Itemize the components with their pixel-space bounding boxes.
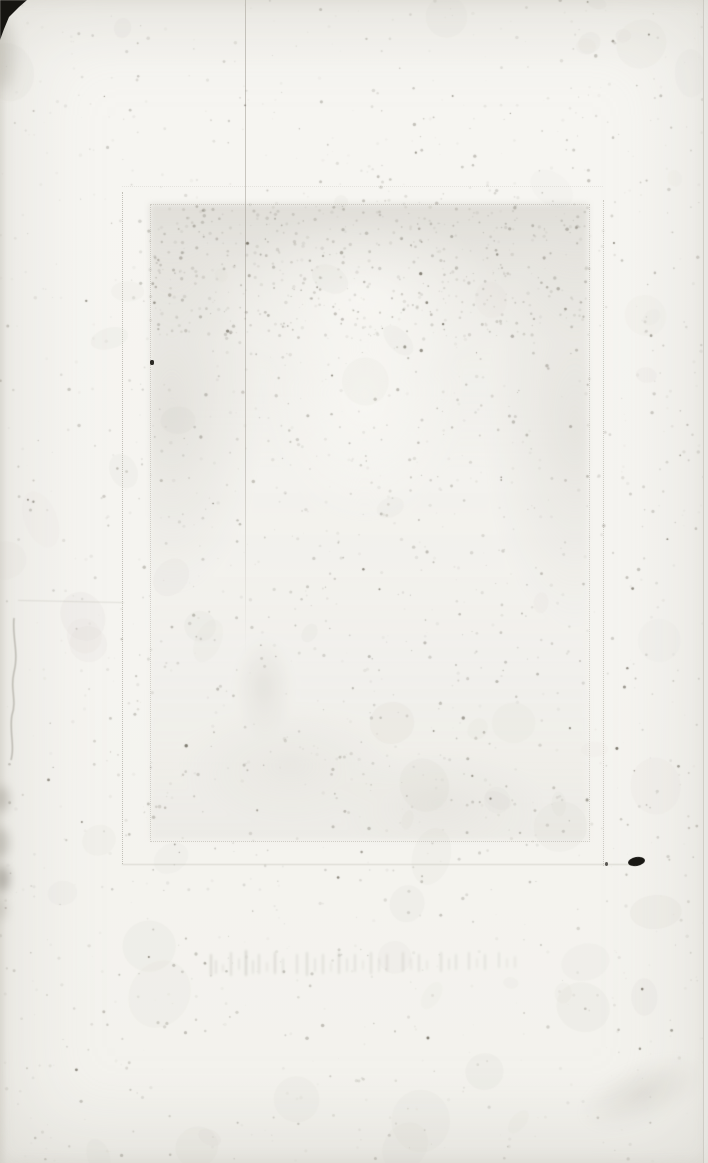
ink-speck	[605, 862, 608, 866]
ghost-lettering-stroke	[418, 954, 420, 972]
ghost-lettering-stroke	[245, 950, 247, 976]
plate-outer-border-bottom	[122, 864, 640, 865]
ghost-lettering-stroke	[498, 952, 500, 968]
plate-outer-border-right	[603, 200, 604, 866]
ghost-lettering-stroke	[426, 960, 428, 970]
ghost-lettering-stroke	[362, 960, 364, 970]
left-edge-smudge	[0, 828, 9, 858]
ghost-lettering-stroke	[402, 952, 404, 972]
ghost-lettering-stroke	[314, 958, 316, 972]
crease-line	[18, 600, 124, 603]
ghost-lettering-stroke	[215, 960, 217, 974]
ghost-lettering-stroke	[386, 954, 388, 972]
ghost-lettering-stroke	[468, 952, 470, 970]
ghost-lettering-stroke	[506, 958, 508, 968]
ghost-lettering-stroke	[455, 954, 457, 970]
adjacent-page-edge	[703, 0, 708, 1163]
plate-outer-border-left	[122, 192, 123, 864]
ghost-lettering-stroke	[440, 952, 442, 972]
plate-outer-border-top	[122, 186, 603, 187]
scanned-page	[0, 0, 708, 1163]
ghost-lettering-stroke	[338, 952, 340, 974]
ghost-lettering-stroke	[274, 952, 276, 974]
ghost-lettering-stroke	[222, 964, 224, 972]
ghost-lettering-stroke	[322, 954, 324, 974]
ghost-lettering-stroke	[346, 958, 348, 972]
ghost-lettering-stroke	[230, 952, 232, 976]
left-edge-crack	[0, 600, 30, 800]
finger-smudge	[568, 1039, 708, 1147]
ghost-lettering-stroke	[514, 956, 516, 968]
ghost-lettering-stroke	[330, 962, 332, 972]
ghost-lettering-stroke	[410, 958, 412, 970]
ghost-lettering-stroke	[238, 958, 240, 970]
ghost-lettering-stroke	[282, 958, 284, 974]
ink-blot	[627, 856, 645, 868]
ghost-lettering-stroke	[266, 962, 268, 972]
vertical-scan-line	[245, 0, 246, 656]
ghost-lettering-stroke	[258, 954, 260, 974]
ghost-lettering-stroke	[354, 954, 356, 972]
ghost-lettering-stroke	[476, 958, 478, 968]
ghost-lettering-stroke	[210, 954, 212, 976]
left-edge-smudge	[0, 866, 9, 892]
ghost-lettering-stroke	[370, 952, 372, 974]
ghost-lettering-stroke	[378, 958, 380, 972]
black-speck	[150, 360, 154, 365]
plate-inner-border	[150, 204, 590, 842]
left-page-edge-tint	[0, 0, 7, 1163]
ghost-lettering-stroke	[484, 954, 486, 970]
ghost-lettering-stroke	[296, 954, 298, 974]
ghost-lettering-stroke	[252, 960, 254, 974]
ghost-lettering-stroke	[306, 952, 308, 976]
ghost-lettering-stroke	[448, 958, 450, 970]
